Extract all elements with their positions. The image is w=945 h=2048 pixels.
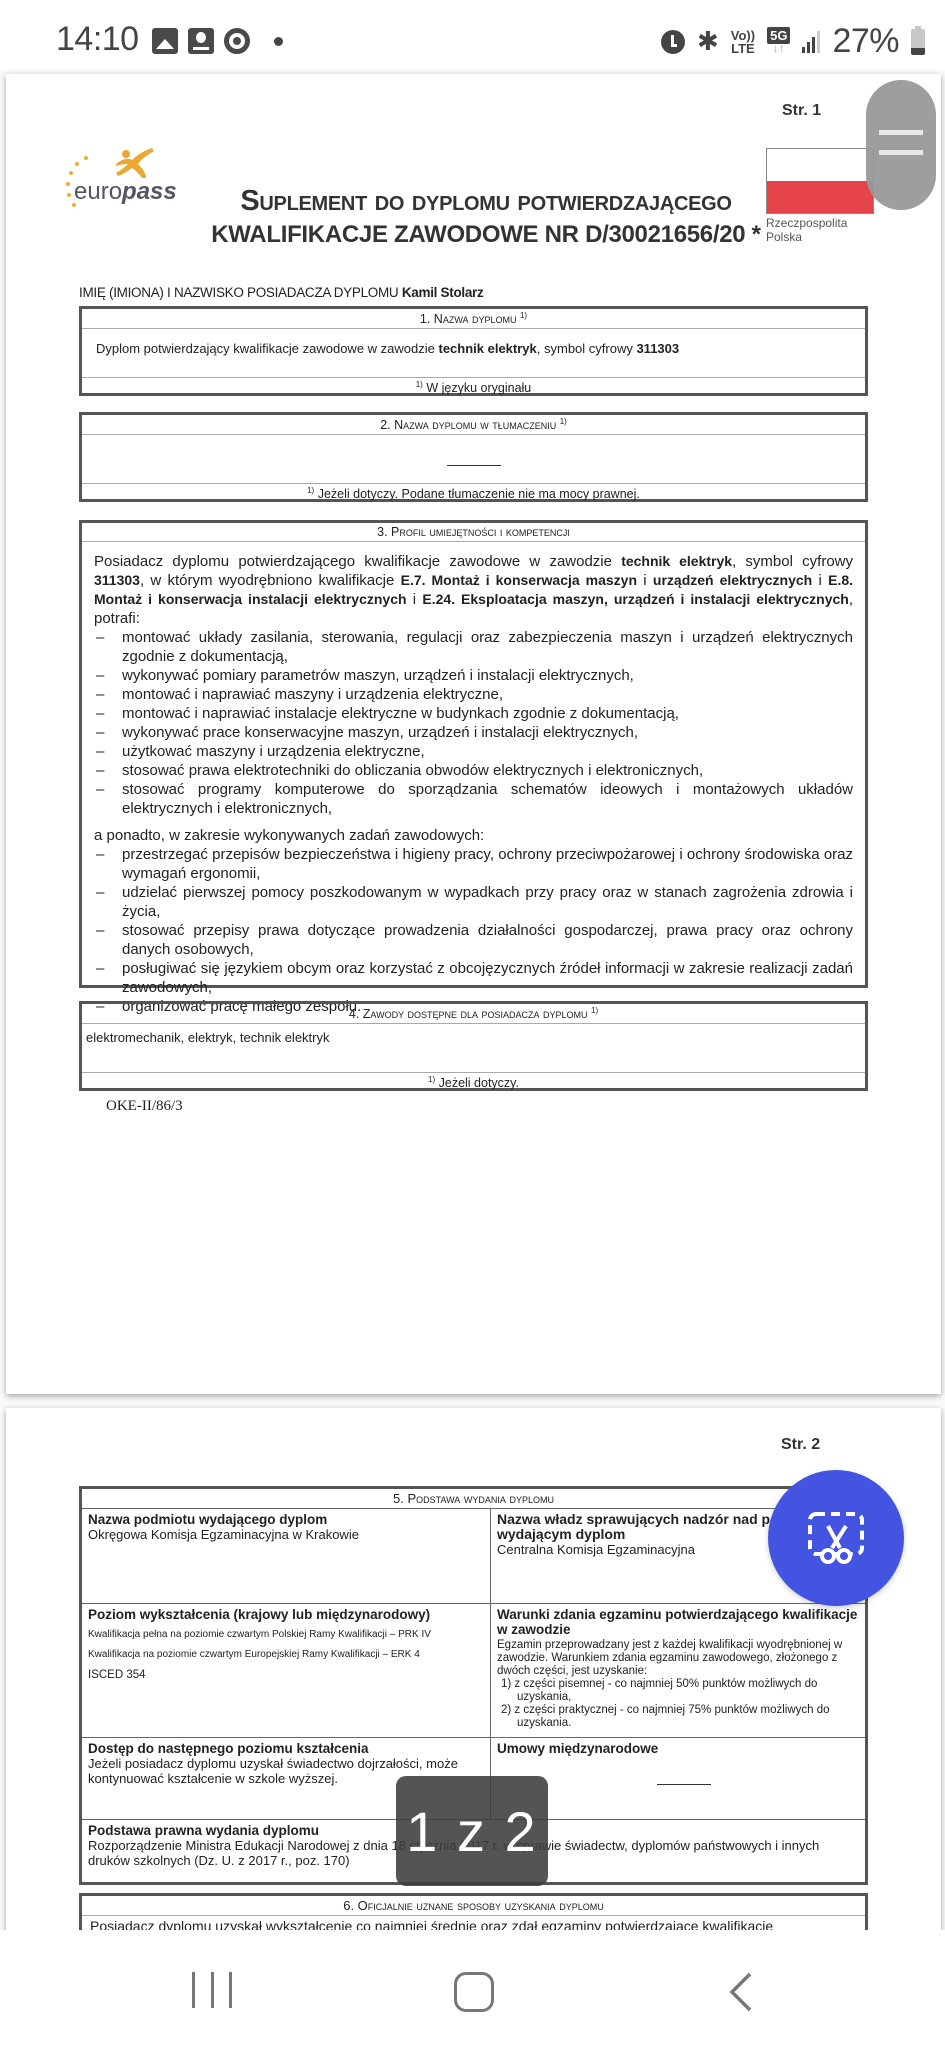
poland-flag (766, 148, 874, 214)
screen-capture-button[interactable] (768, 1470, 904, 1606)
volte-icon: Vo)) LTE (731, 29, 755, 55)
system-icons: ✱ Vo)) LTE 5G ↓↑ 27% (661, 22, 925, 61)
list-item: stosować prawa elektrotechniki do oblicz… (94, 761, 853, 780)
section-4-available-professions: 4. Zawody dostępne dla posiadacza dyplom… (79, 1001, 868, 1091)
list-item: wykonywać pomiary parametrów maszyn, urz… (94, 666, 853, 685)
gallery-icon (152, 28, 178, 54)
bluetooth-icon: ✱ (697, 26, 719, 57)
europass-wordmark: europass (74, 178, 177, 206)
signal-icon (802, 31, 820, 53)
home-button[interactable] (454, 1972, 494, 2012)
contact-icon (188, 28, 214, 54)
back-button[interactable] (726, 1972, 756, 2012)
clock: 14:10 (56, 20, 139, 59)
fast-scroll-handle[interactable] (866, 80, 936, 210)
section-2-translated-name: 2. Nazwa dyplomu w tłumaczeniu 1) 1) Jeż… (79, 412, 868, 502)
empty-value-dash (447, 465, 501, 466)
list-item: posługiwać się językiem obcym oraz korzy… (94, 959, 853, 997)
list-item: montować i naprawiać instalacje elektryc… (94, 704, 853, 723)
section-1-diploma-name: 1. Nazwa dyplomu 1) Dyplom potwierdzając… (79, 306, 868, 396)
empty-value-dash (657, 1784, 711, 1785)
list-item: 1) z części pisemnej - co najmniej 50% p… (497, 1678, 859, 1704)
education-level-cell: Poziom wykształcenia (krajowy lub między… (82, 1604, 491, 1737)
page-number-label: Str. 2 (781, 1436, 820, 1454)
issuer-cell: Nazwa podmiotu wydającego dyplom Okręgow… (82, 1509, 491, 1603)
extra-skills-intro: a ponadto, w zakresie wykonywanych zadań… (94, 826, 853, 845)
network-5g-icon: 5G ↓↑ (767, 29, 790, 55)
recent-apps-button[interactable] (192, 1972, 232, 2008)
europass-logo: europass (64, 146, 194, 226)
list-item: 2) z części praktycznej - co najmniej 75… (497, 1704, 859, 1730)
page-indicator: 1 z 2 (396, 1776, 548, 1886)
list-item: montować i naprawiać maszyny i urządzeni… (94, 685, 853, 704)
europass-figure-icon (112, 146, 156, 180)
list-item: udzielać pierwszej pomocy poszkodowanym … (94, 883, 853, 921)
list-item: wykonywać prace konserwacyjne maszyn, ur… (94, 723, 853, 742)
chrome-icon (224, 28, 250, 54)
battery-icon (911, 29, 925, 55)
notification-dot-icon (274, 37, 283, 46)
skills-intro: Posiadacz dyplomu potwierdzającego kwali… (94, 552, 853, 628)
page-number-label: Str. 1 (782, 102, 821, 120)
exam-conditions-cell: Warunki zdania egzaminu potwierdzającego… (491, 1604, 865, 1737)
list-item: stosować przepisy prawa dotyczące prowad… (94, 921, 853, 959)
list-item: stosować programy komputerowe do sporząd… (94, 780, 853, 818)
extra-skills-list: przestrzegać przepisów bezpieczeństwa i … (94, 845, 853, 1016)
list-item: przestrzegać przepisów bezpieczeństwa i … (94, 845, 853, 883)
battery-percent: 27% (832, 22, 899, 61)
status-bar: 14:10 ✱ Vo)) LTE 5G ↓↑ 27% (0, 0, 945, 70)
list-item: montować układy zasilania, sterowania, r… (94, 628, 853, 666)
section-3-skills-profile: 3. Profil umiejętności i kompetencji Pos… (79, 520, 868, 988)
navigation-bar (0, 1930, 945, 2048)
skills-list: montować układy zasilania, sterowania, r… (94, 628, 853, 818)
alarm-icon (661, 30, 685, 54)
document-page-1: Str. 1 europass Suplement do dyplomu pot… (6, 74, 941, 1394)
flag-caption: Rzeczpospolita Polska (766, 216, 847, 244)
notification-icons (152, 28, 283, 54)
holder-name-line: IMIĘ (IMIONA) I NAZWISKO POSIADACZA DYPL… (79, 285, 483, 300)
scissors-capture-icon (804, 1506, 868, 1570)
list-item: użytkować maszyny i urządzenia elektrycz… (94, 742, 853, 761)
document-title: Suplement do dyplomu potwierdzającego KW… (186, 184, 786, 252)
form-code: OKE-II/86/3 (106, 1098, 183, 1115)
